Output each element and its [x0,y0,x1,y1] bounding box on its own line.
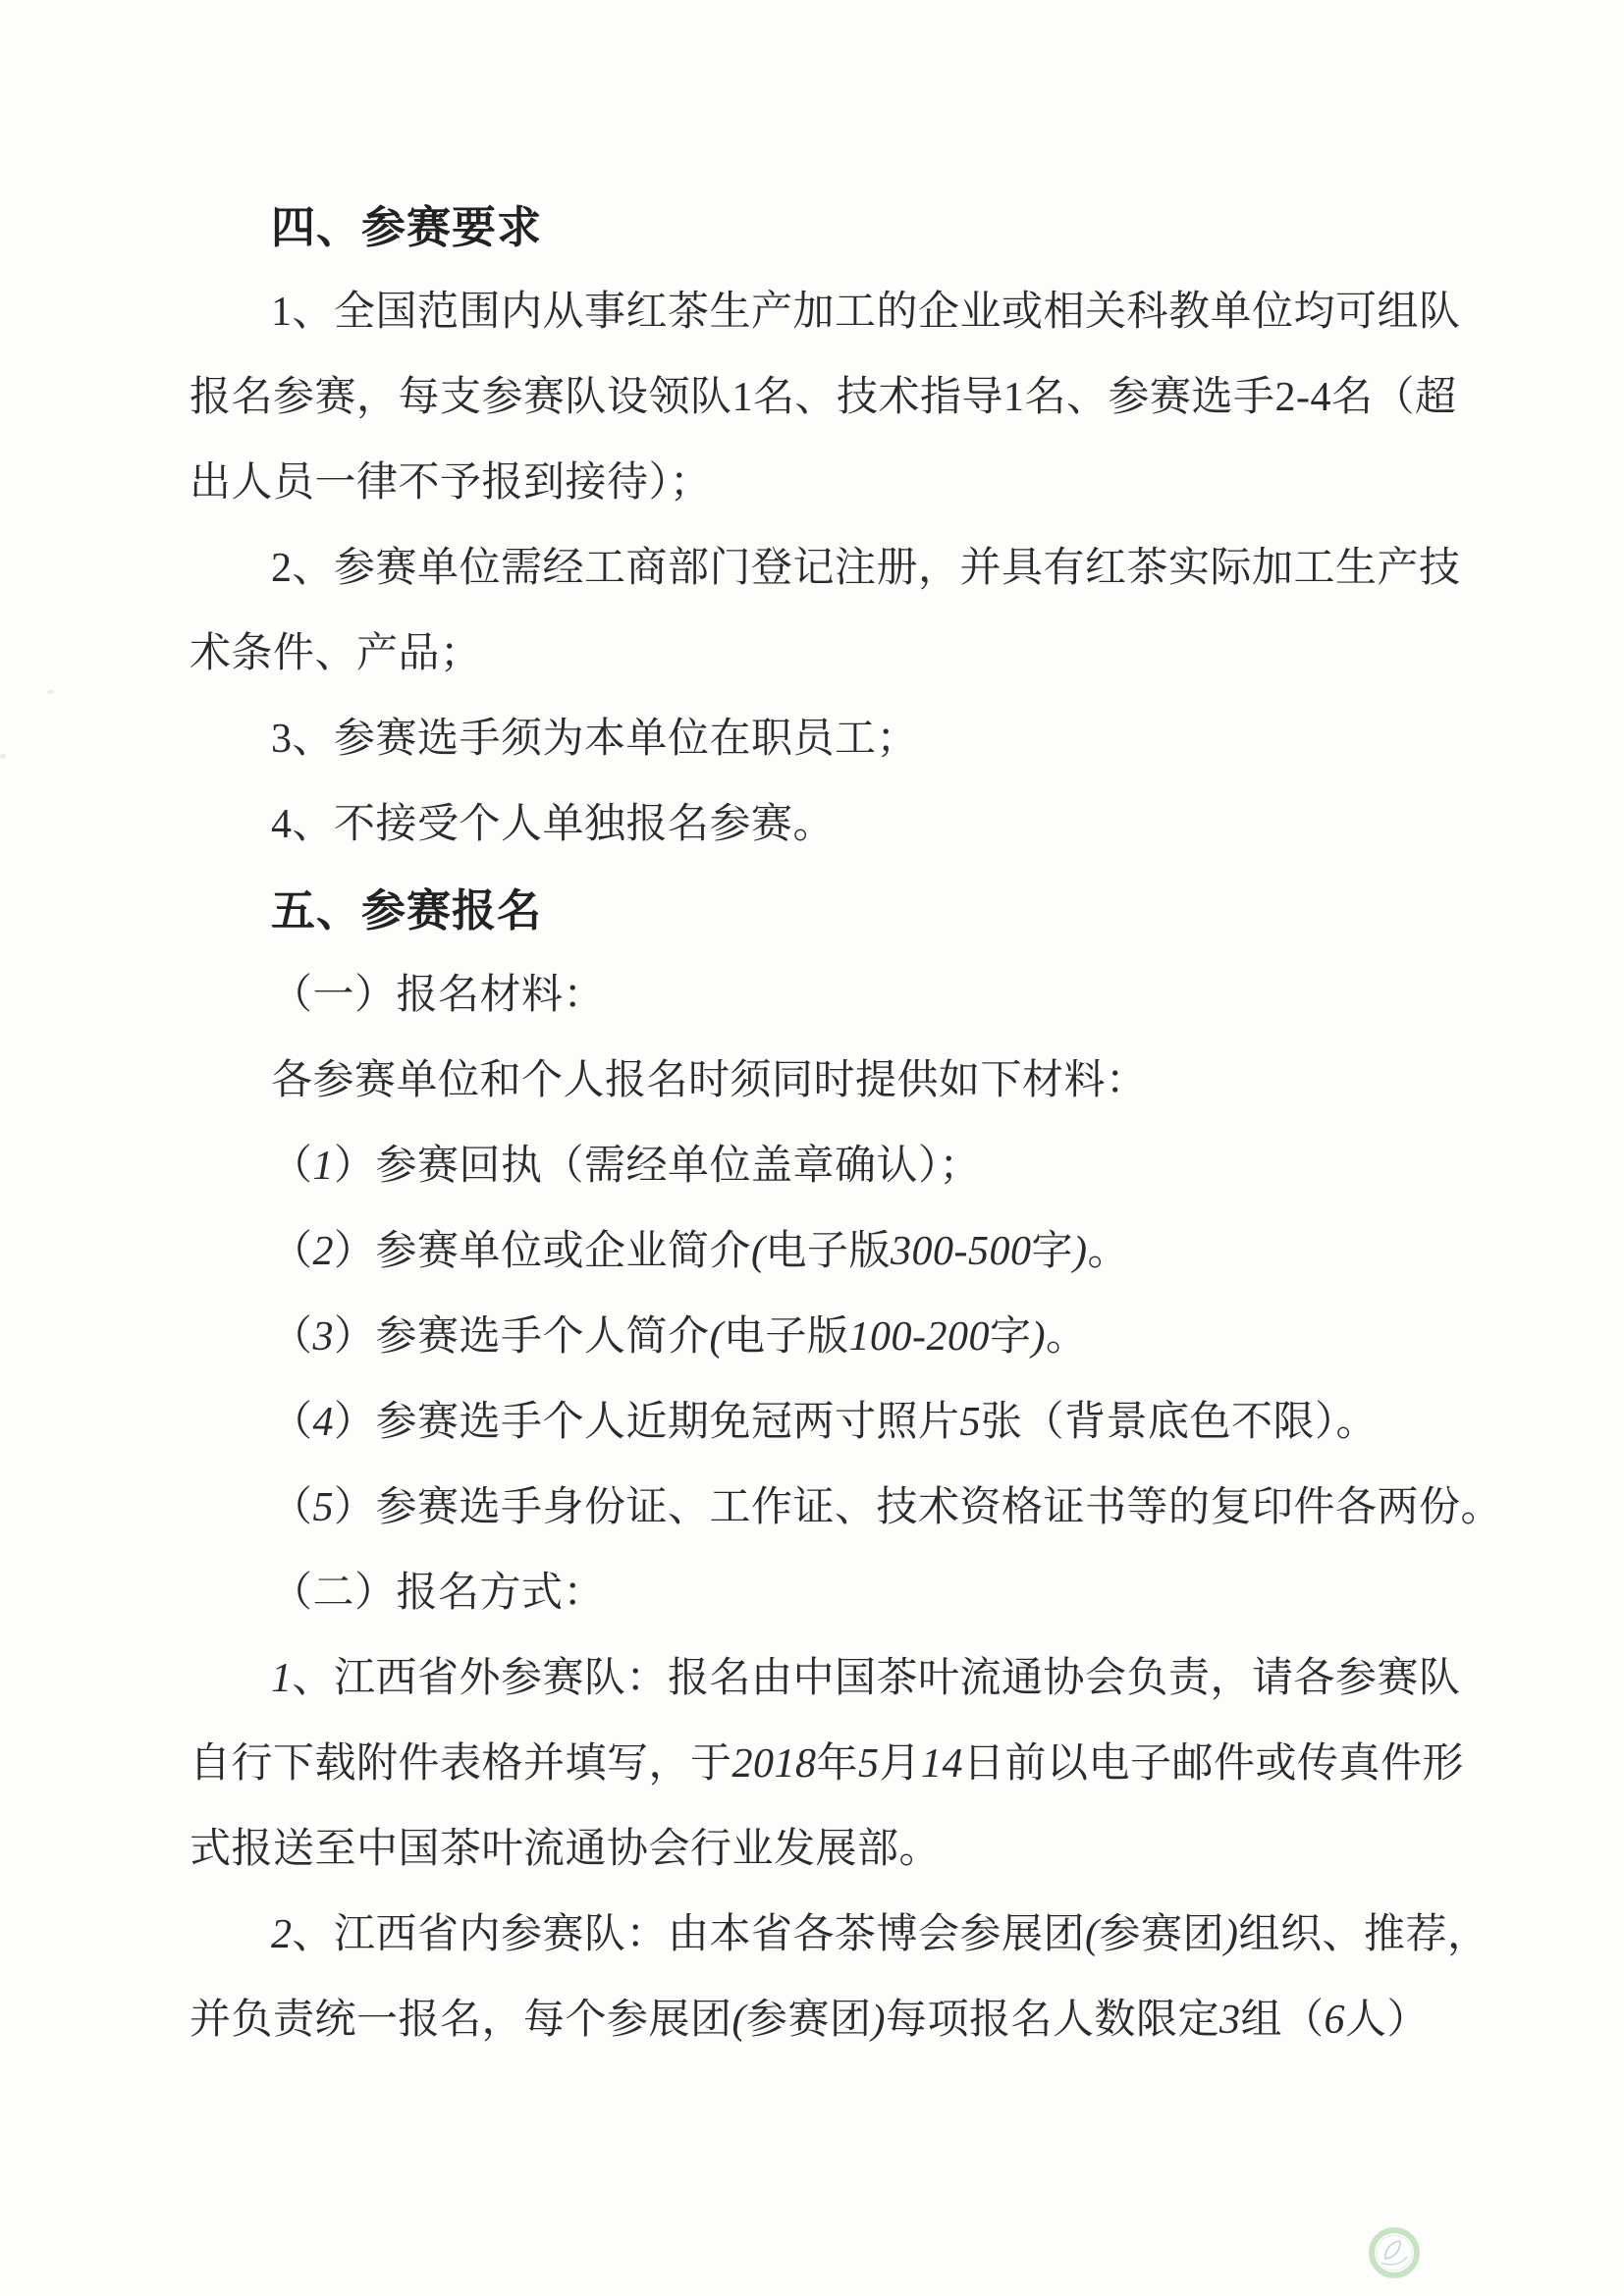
leaf-icon [1367,2225,1422,2280]
text-line: 出人员一律不予报到接待）； [189,441,1476,526]
text-line: （1）参赛回执（需经单位盖章确认）； [189,1124,1476,1209]
section-heading: 四、参赛要求 [189,185,1476,270]
text-line: 4、不接受个人单独报名参赛。 [189,782,1476,868]
text-line: 术条件、产品； [189,612,1476,697]
text-line: （4）参赛选手个人近期免冠两寸照片5张（背景底色不限）。 [189,1380,1476,1466]
text-line: （5）参赛选手身份证、工作证、技术资格证书等的复印件各两份。 [189,1466,1476,1551]
scan-speck [47,690,54,694]
text-line: 1、江西省外参赛队：报名由中国茶叶流通协会负责，请各参赛队 [189,1636,1476,1722]
text-lines: 四、参赛要求1、全国范围内从事红茶生产加工的企业或相关科教单位均可组队报名参赛，… [189,185,1476,2063]
text-line: 报名参赛，每支参赛队设领队1名、技术指导1名、参赛选手2-4名（超 [189,355,1476,441]
text-line: 3、参赛选手须为本单位在职员工； [189,697,1476,782]
text-line: （二）报名方式： [189,1551,1476,1636]
text-line: 2、参赛单位需经工商部门登记注册，并具有红茶实际加工生产技 [189,526,1476,612]
document-page: 四、参赛要求1、全国范围内从事红茶生产加工的企业或相关科教单位均可组队报名参赛，… [0,0,1624,2296]
text-line: （3）参赛选手个人简介(电子版100-200字)。 [189,1295,1476,1380]
text-line: 自行下载附件表格并填写，于2018年5月14日前以电子邮件或传真件形 [189,1722,1476,1807]
text-line: 并负责统一报名，每个参展团(参赛团)每项报名人数限定3组（6人） [189,1978,1476,2063]
section-heading: 五、参赛报名 [189,868,1476,953]
text-line: （一）报名材料： [189,953,1476,1039]
text-line: 各参赛单位和个人报名时须同时提供如下材料： [189,1039,1476,1124]
text-line: 式报送至中国茶叶流通协会行业发展部。 [189,1807,1476,1893]
text-line: 1、全国范围内从事红茶生产加工的企业或相关科教单位均可组队 [189,270,1476,355]
scan-speck [0,754,6,759]
leaf-watermark [1367,2225,1422,2280]
text-line: 2、江西省内参赛队：由本省各茶博会参展团(参赛团)组织、推荐， [189,1893,1476,1978]
text-line: （2）参赛单位或企业简介(电子版300-500字)。 [189,1209,1476,1295]
